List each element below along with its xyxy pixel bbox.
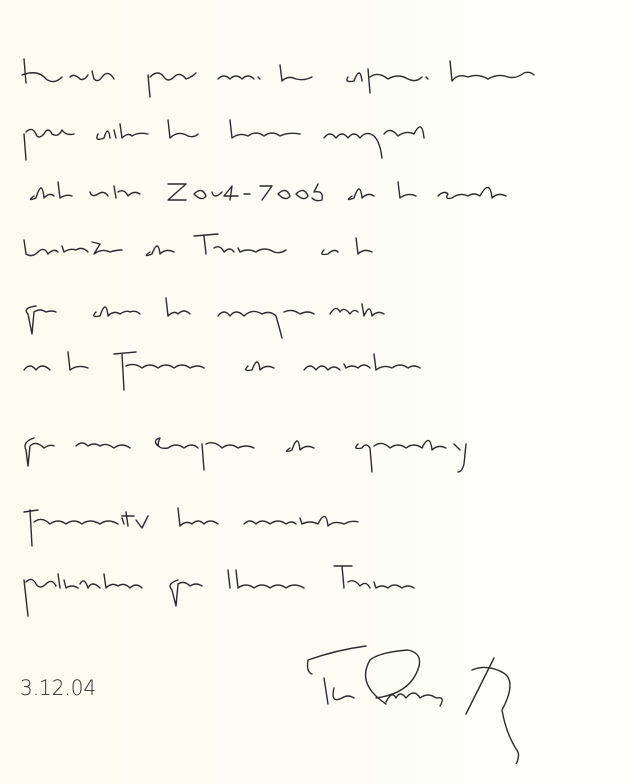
handwriting-strokes-icon: [18, 290, 618, 340]
handwriting-strokes-icon: [18, 424, 618, 474]
handwriting-strokes-icon: [18, 344, 618, 394]
handwriting-strokes-icon: [18, 228, 618, 278]
handwritten-letter-page: ha sido para mí un alto honor poder dict…: [0, 0, 644, 784]
handwriting-strokes-icon: [18, 172, 618, 222]
signature: signature: [296, 644, 546, 764]
letter-date: 3.12.04: [20, 676, 96, 700]
signature-text: signature: [296, 644, 644, 684]
handwriting-strokes-icon: [18, 55, 618, 105]
handwriting-strokes-icon: [18, 112, 618, 162]
handwriting-strokes-icon: [18, 500, 618, 550]
handwriting-strokes-icon: [18, 566, 618, 626]
